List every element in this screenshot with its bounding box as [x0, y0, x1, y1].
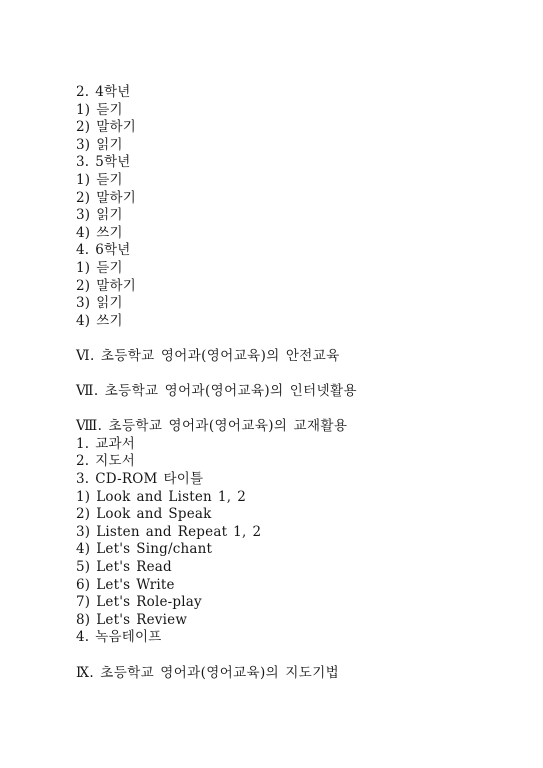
- document-line: 1) 듣기: [76, 102, 523, 120]
- document-line: 1) 듣기: [76, 260, 523, 278]
- document-line: 2. 4학년: [76, 84, 523, 102]
- document-line: 8) Let's Review: [76, 612, 523, 630]
- document-line: 1. 교과서: [76, 436, 523, 454]
- document-line: 3) 읽기: [76, 207, 523, 225]
- document-line: 2. 지도서: [76, 453, 523, 471]
- document-line: 5) Let's Read: [76, 559, 523, 577]
- blank-line: [76, 401, 523, 419]
- blank-line: [76, 330, 523, 348]
- document-line: 4. 녹음테이프: [76, 629, 523, 647]
- document-line: 4) Let's Sing/chant: [76, 541, 523, 559]
- document-line: 1) 듣기: [76, 172, 523, 190]
- document-line: 1) Look and Listen 1, 2: [76, 489, 523, 507]
- document-line: 6) Let's Write: [76, 577, 523, 595]
- document-line: 2) 말하기: [76, 278, 523, 296]
- blank-line: [76, 647, 523, 665]
- document-line: 2) Look and Speak: [76, 506, 523, 524]
- document-page: 2. 4학년 1) 듣기 2) 말하기 3) 읽기 3. 5학년 1) 듣기 2…: [0, 0, 543, 768]
- section-heading: Ⅶ. 초등학교 영어과(영어교육)의 인터넷활용: [76, 383, 523, 401]
- section-heading: Ⅸ. 초등학교 영어과(영어교육)의 지도기법: [76, 665, 523, 683]
- document-line: 3. CD-ROM 타이틀: [76, 471, 523, 489]
- document-line: 3) Listen and Repeat 1, 2: [76, 524, 523, 542]
- document-line: 4) 쓰기: [76, 225, 523, 243]
- document-line: 4. 6학년: [76, 242, 523, 260]
- section-heading: Ⅵ. 초등학교 영어과(영어교육)의 안전교육: [76, 348, 523, 366]
- document-line: 2) 말하기: [76, 190, 523, 208]
- document-body: 2. 4학년 1) 듣기 2) 말하기 3) 읽기 3. 5학년 1) 듣기 2…: [76, 84, 523, 682]
- section-heading: Ⅷ. 초등학교 영어과(영어교육)의 교재활용: [76, 418, 523, 436]
- blank-line: [76, 366, 523, 384]
- document-line: 3) 읽기: [76, 137, 523, 155]
- document-line: 3) 읽기: [76, 295, 523, 313]
- document-line: 7) Let's Role-play: [76, 594, 523, 612]
- document-line: 4) 쓰기: [76, 313, 523, 331]
- document-line: 3. 5학년: [76, 154, 523, 172]
- document-line: 2) 말하기: [76, 119, 523, 137]
